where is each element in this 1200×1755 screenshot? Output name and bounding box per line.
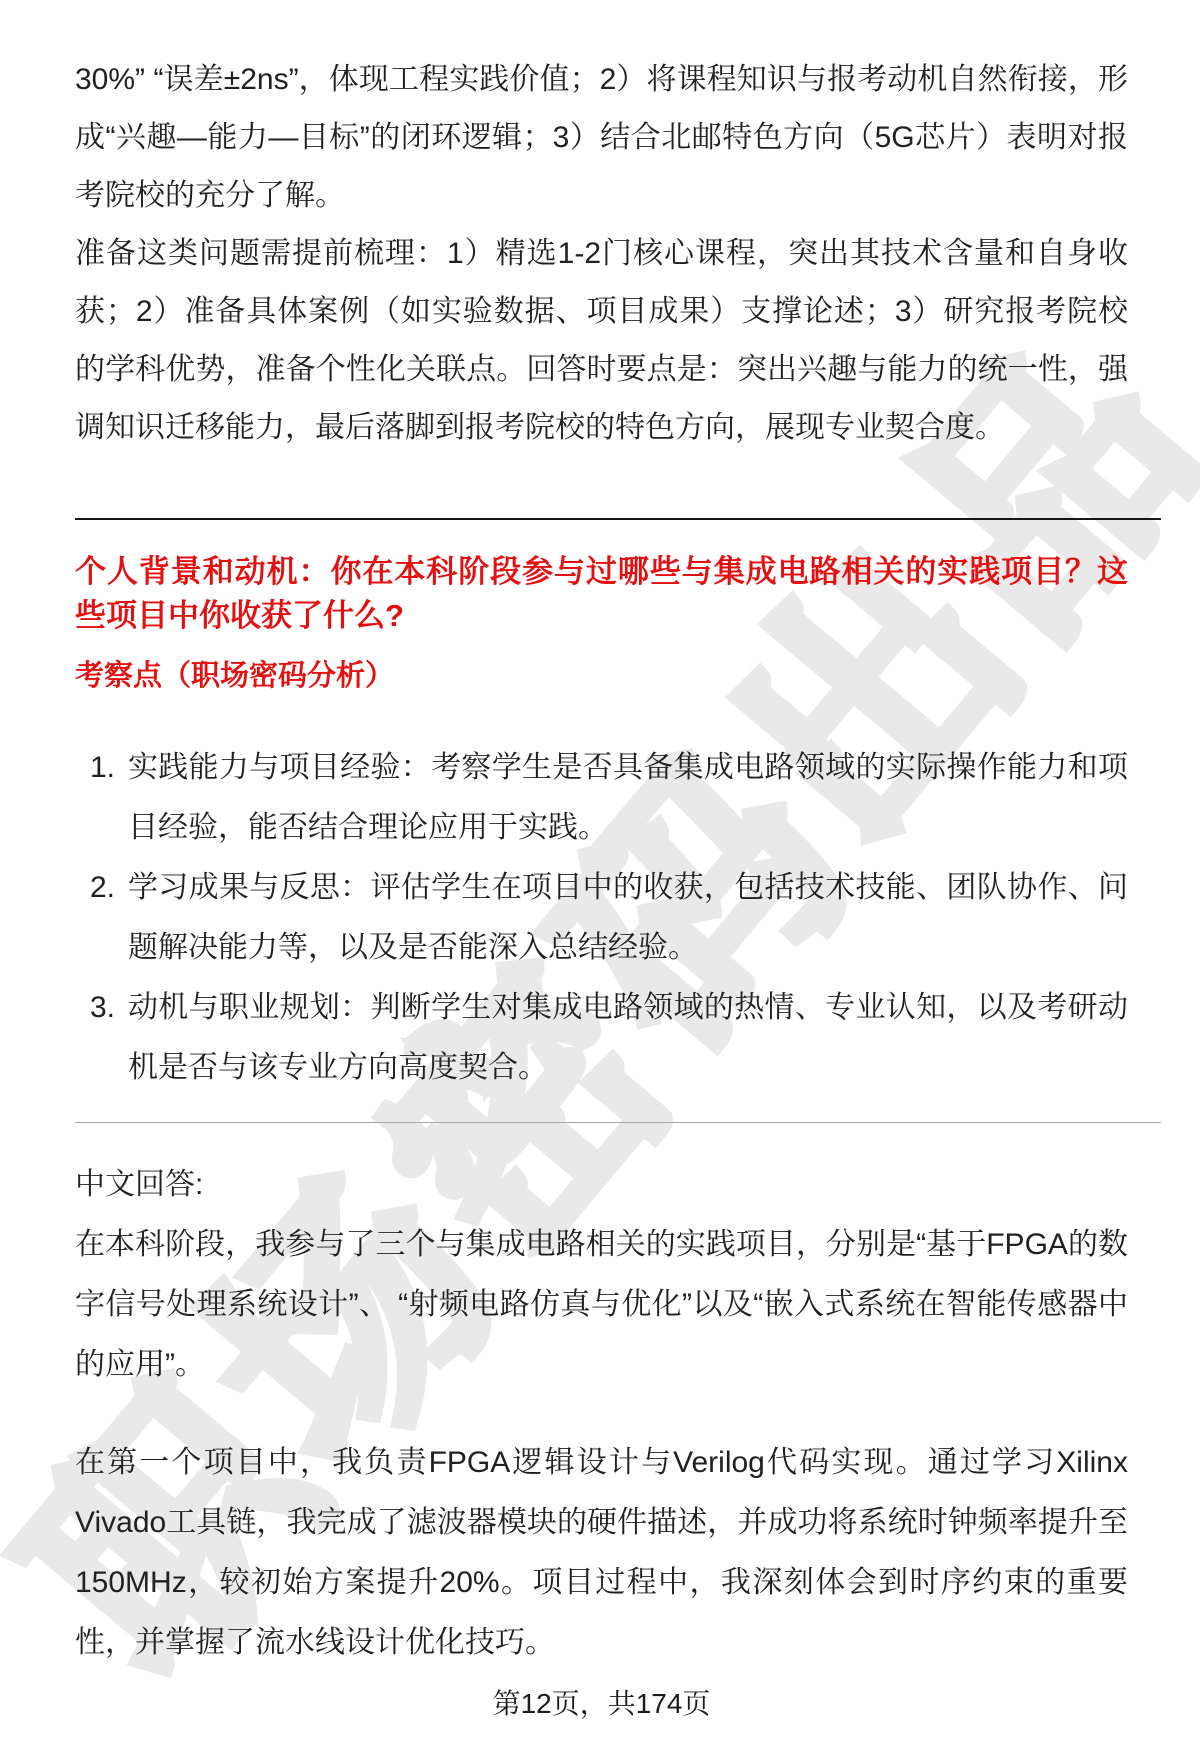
- document-page: { "page": { "intro": { "p1": "30%” “误差±2…: [0, 0, 1200, 1755]
- page-number-footer: 第12页，共174页: [75, 1687, 1128, 1721]
- question-heading: 个人背景和动机：你在本科阶段参与过哪些与集成电路相关的实践项目？这些项目中你收获…: [75, 550, 1128, 638]
- list-item-number: 2.: [90, 858, 128, 918]
- list-item-text: 动机与职业规划：判断学生对集成电路领域的热情、专业认知，以及考研动机是否与该专业…: [128, 978, 1128, 1098]
- answer-paragraph-1: 在本科阶段，我参与了三个与集成电路相关的实践项目，分别是“基于FPGA的数字信号…: [75, 1215, 1128, 1395]
- list-item: 2. 学习成果与反思：评估学生在项目中的收获，包括技术技能、团队协作、问题解决能…: [75, 858, 1128, 978]
- analysis-point-list: 1. 实践能力与项目经验：考察学生是否具备集成电路领域的实际操作能力和项目经验，…: [75, 738, 1128, 1098]
- list-item-text: 学习成果与反思：评估学生在项目中的收获，包括技术技能、团队协作、问题解决能力等，…: [128, 858, 1128, 978]
- intro-paragraph-2: 准备这类问题需提前梳理：1）精选1-2门核心课程，突出其技术含量和自身收获；2）…: [75, 225, 1128, 457]
- list-item-number: 3.: [90, 978, 128, 1038]
- page-content: 30%” “误差±2ns”，体现工程实践价值；2）将课程知识与报考动机自然衔接，…: [0, 0, 1200, 1721]
- list-item: 3. 动机与职业规划：判断学生对集成电路领域的热情、专业认知，以及考研动机是否与…: [75, 978, 1128, 1098]
- intro-paragraph-1: 30%” “误差±2ns”，体现工程实践价值；2）将课程知识与报考动机自然衔接，…: [75, 0, 1128, 225]
- answer-paragraph-2: 在第一个项目中，我负责FPGA逻辑设计与Verilog代码实现。通过学习Xili…: [75, 1433, 1128, 1673]
- section-divider-top: [75, 518, 1161, 520]
- answer-label: 中文回答:: [75, 1155, 1128, 1215]
- list-item-text: 实践能力与项目经验：考察学生是否具备集成电路领域的实际操作能力和项目经验，能否结…: [128, 738, 1128, 858]
- section-divider-middle: [75, 1122, 1161, 1123]
- list-item-number: 1.: [90, 738, 128, 798]
- analysis-heading: 考察点（职场密码分析）: [75, 660, 1128, 692]
- list-item: 1. 实践能力与项目经验：考察学生是否具备集成电路领域的实际操作能力和项目经验，…: [75, 738, 1128, 858]
